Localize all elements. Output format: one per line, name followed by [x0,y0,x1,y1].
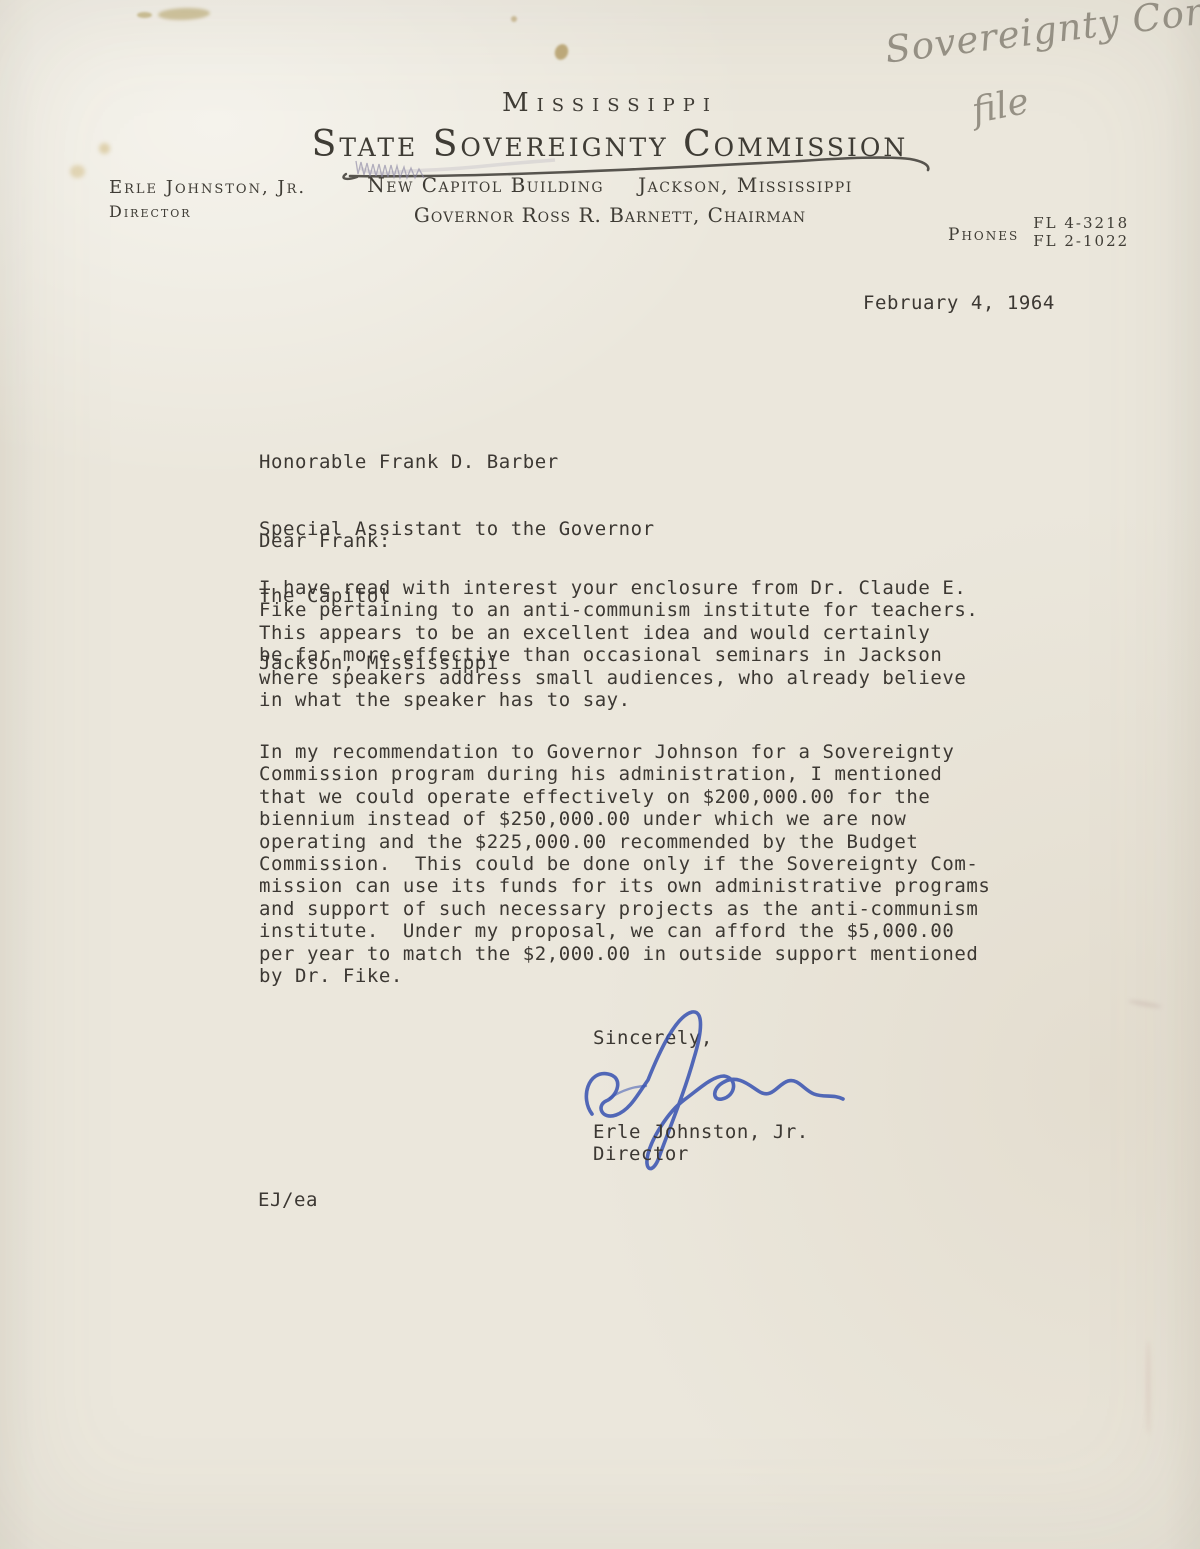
body-paragraph-1: I have read with interest your enclosure… [259,577,1039,711]
signer-name: Erle Johnston, Jr. [593,1121,809,1143]
letter-document: Sovereignty Comm file Mississippi State … [0,0,1200,1549]
phone-number-2: FL 2-1022 [1033,232,1129,250]
paper-stain [1146,1340,1151,1435]
paper-stain [158,7,210,21]
signer-title: Director [593,1143,689,1165]
salutation: Dear Frank: [259,530,391,552]
phone-number-1: FL 4-3218 [1033,214,1129,232]
handwritten-note-line1: Sovereignty Comm [883,0,1200,72]
recipient-line: Honorable Frank D. Barber [259,451,655,473]
body-paragraph-2: In my recommendation to Governor Johnson… [259,741,1039,987]
typist-initials: EJ/ea [258,1189,318,1211]
letter-date: February 4, 1964 [863,292,1055,314]
letterhead-state: Mississippi [10,88,1200,118]
letterhead-city: Jackson, Mississippi [638,173,853,197]
paper-stain [553,42,571,61]
paper-stain [137,12,152,18]
letterhead-building: New Capitol Building [367,173,604,197]
phones-label: Phones [948,219,1019,245]
letterhead-address: New Capitol BuildingJackson, Mississippi [10,173,1200,197]
paper-stain [511,16,517,22]
letterhead-phones: Phones FL 4-3218 FL 2-1022 [948,214,1129,250]
paper-stain [1128,999,1162,1009]
